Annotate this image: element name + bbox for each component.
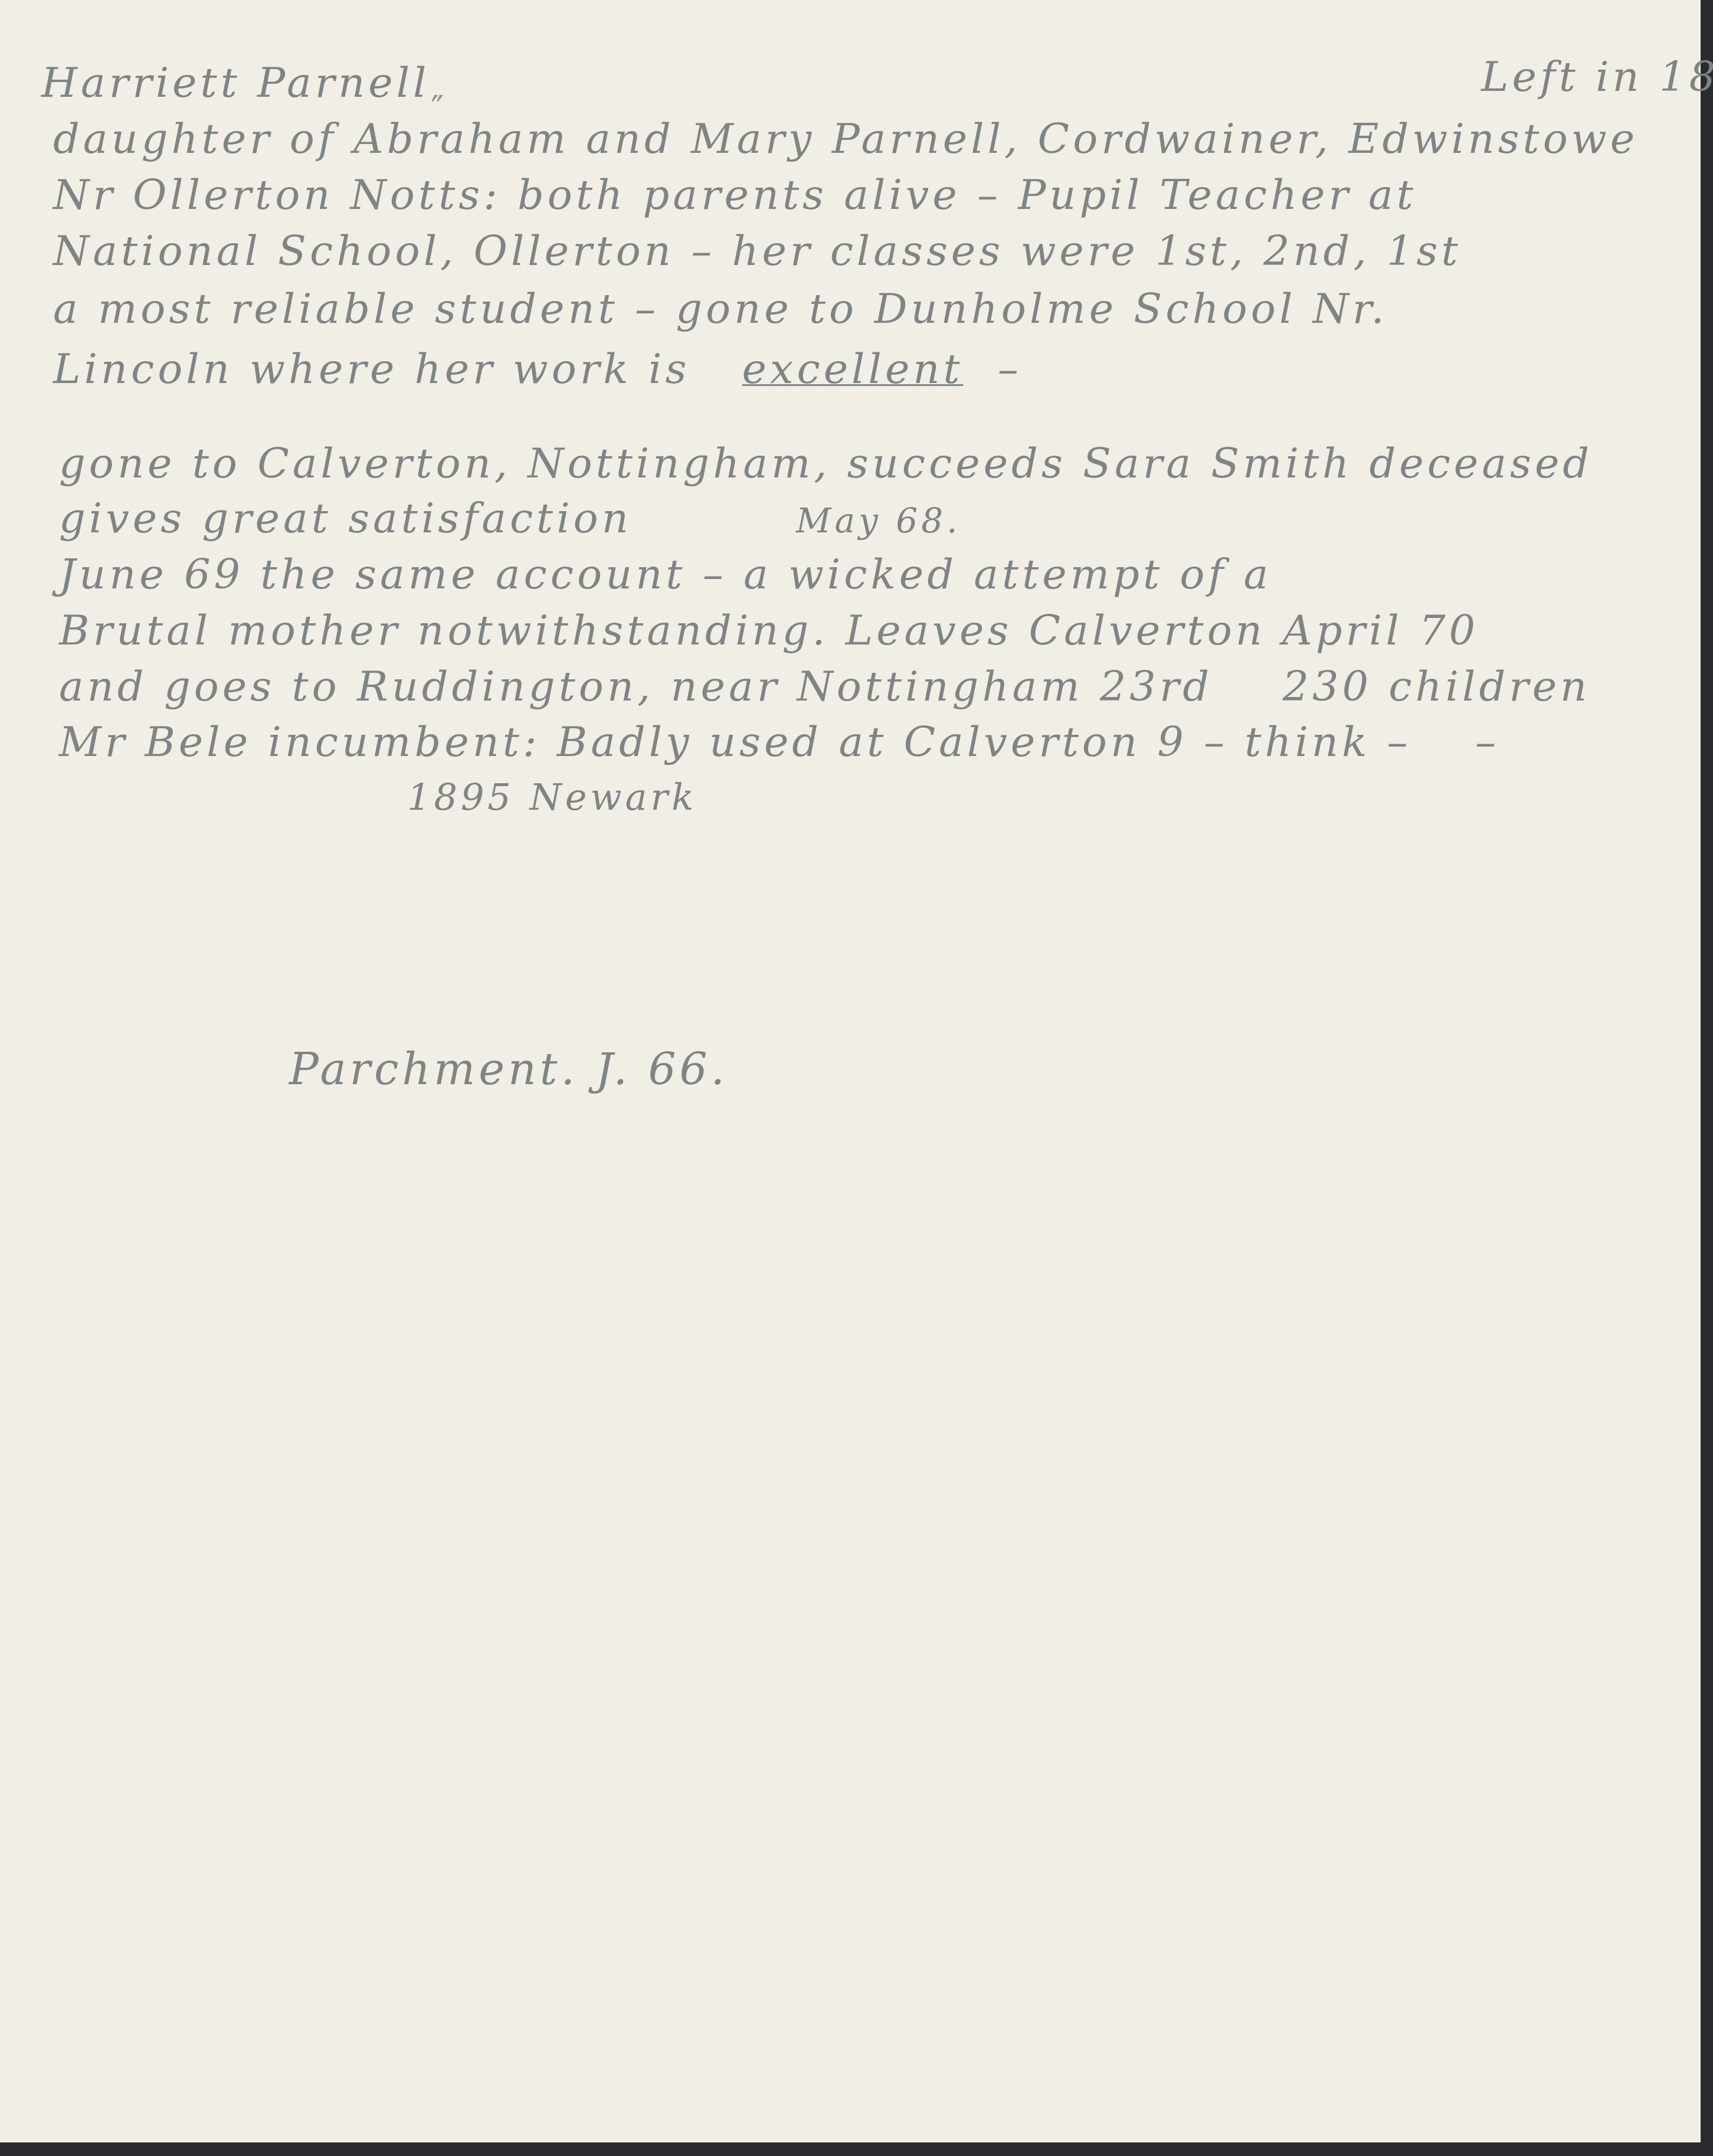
- scan-border-bottom: [0, 2142, 1713, 2156]
- line-2: daughter of Abraham and Mary Parnell, Co…: [53, 118, 1638, 159]
- trailing-dash: –: [1475, 718, 1499, 766]
- line-10: Brutal mother notwithstanding. Leaves Ca…: [59, 610, 1479, 651]
- emphasis-dash: –: [998, 345, 1022, 393]
- line-6: Lincoln where her work is excellent –: [53, 348, 1022, 390]
- signature: Parchment. J. 66.: [289, 1048, 728, 1091]
- line-3: Nr Ollerton Notts: both parents alive – …: [53, 174, 1417, 215]
- line-7: gone to Calverton, Nottingham, succeeds …: [59, 443, 1593, 484]
- header-note: Left in 1864: [1481, 56, 1713, 97]
- line-5: a most reliable student – gone to Dunhol…: [53, 288, 1388, 329]
- emphasis-excellent: excellent: [742, 345, 964, 393]
- side-note-may: May 68.: [796, 500, 961, 541]
- scan-border-right: [1701, 0, 1713, 2156]
- line-9: June 69 the same account – a wicked atte…: [59, 554, 1272, 595]
- line-11-text: and goes to Ruddington, near Nottingham …: [59, 662, 1213, 711]
- line-4: National School, Ollerton – her classes …: [53, 230, 1462, 271]
- line-12: Mr Bele incumbent: Badly used at Calvert…: [59, 721, 1499, 763]
- line-8: gives great satisfaction May 68.: [59, 498, 961, 539]
- line-13-date-place: 1895 Newark: [407, 779, 697, 816]
- line-12-text: Mr Bele incumbent: Badly used at Calvert…: [59, 718, 1411, 766]
- line-8-text: gives great satisfaction: [59, 494, 632, 542]
- line-1: Harriett Parnell: [41, 62, 430, 103]
- line-11: and goes to Ruddington, near Nottingham …: [59, 666, 1590, 707]
- line-6-text: Lincoln where her work is: [53, 345, 690, 393]
- side-note-children: 230 children: [1282, 662, 1590, 711]
